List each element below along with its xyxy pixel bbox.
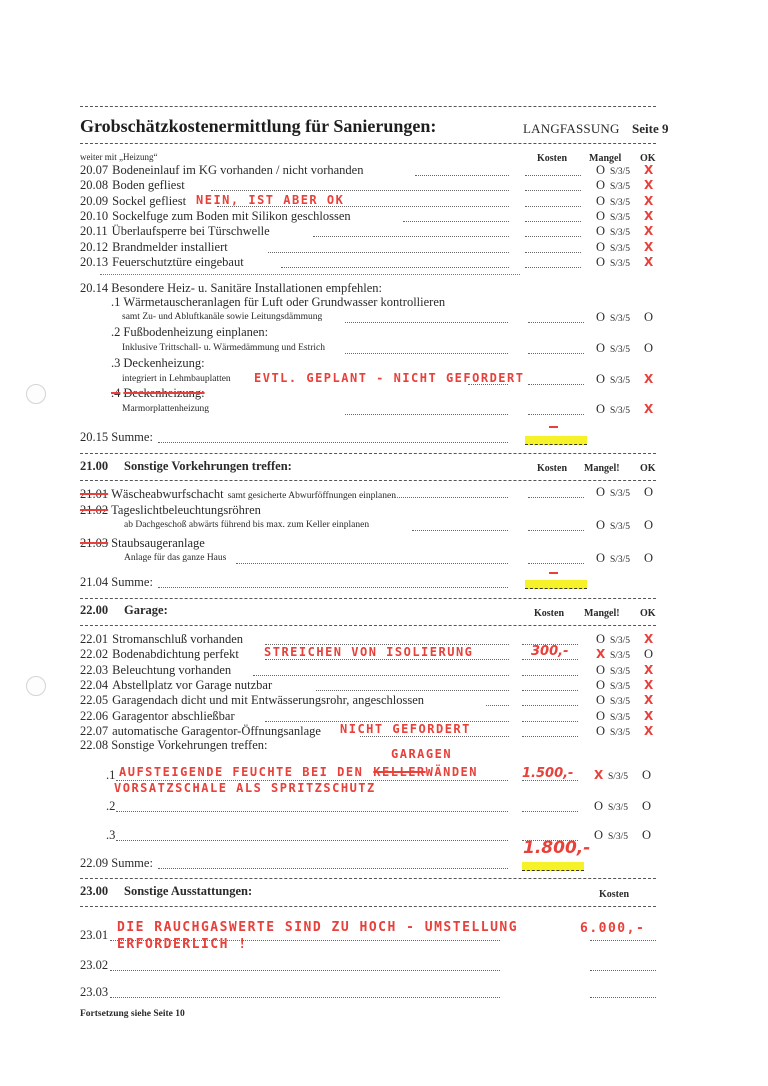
list-item: 21.02Tageslichtbeleuchtungsröhren xyxy=(80,503,261,518)
scale-label: S/3/5 xyxy=(610,697,644,707)
leader-dots xyxy=(316,690,509,691)
mangel-checkbox[interactable]: O xyxy=(596,224,610,239)
mangel-checked-icon[interactable]: X xyxy=(594,768,608,782)
list-item: 20.12Brandmelder installiert xyxy=(80,240,228,255)
note-struck-text: KELLER xyxy=(373,765,425,779)
leader-dots xyxy=(268,252,509,253)
scale-label: S/3/5 xyxy=(610,314,644,324)
sub-detail: samt Zu- und Abluftkanäle sowie Leitungs… xyxy=(122,312,322,322)
list-item: 22.05Garagendach dicht und mit Entwässer… xyxy=(80,693,424,708)
cost-field[interactable] xyxy=(528,322,584,323)
scale-label: S/3/5 xyxy=(608,772,642,782)
rating-marks: OS/3/5X xyxy=(596,224,658,239)
rating-marks: OS/3/5O xyxy=(594,799,656,814)
leader-dots xyxy=(236,563,508,564)
cost-field[interactable] xyxy=(525,236,581,237)
ok-checked-icon[interactable]: X xyxy=(644,402,658,416)
item-number: 20.07 xyxy=(80,163,108,177)
sum-21-04-dash xyxy=(549,572,558,574)
handwritten-note: ERFORDERLICH ! xyxy=(117,937,248,952)
ok-checkbox[interactable]: O xyxy=(642,768,656,783)
item-number: 22.05 xyxy=(80,693,108,707)
col-kosten: Kosten xyxy=(534,608,564,619)
item-number: 20.11 xyxy=(80,224,108,238)
mangel-checkbox[interactable]: O xyxy=(596,372,610,387)
leader-dots xyxy=(345,322,508,323)
item-label: Sockelfuge zum Boden mit Silikon geschlo… xyxy=(112,209,351,223)
item-number: 20.12 xyxy=(80,240,108,254)
rating-marks: OS/3/5O xyxy=(596,551,658,566)
item-number: 22.07 xyxy=(80,724,108,738)
mangel-checkbox[interactable]: O xyxy=(596,724,610,739)
ok-checkbox[interactable]: O xyxy=(644,310,658,325)
item-number: 20.13 xyxy=(80,255,108,269)
item-number: 22.06 xyxy=(80,709,108,723)
sub-item: .3Deckenheizung: xyxy=(111,356,205,371)
divider xyxy=(80,106,656,107)
ok-checked-icon[interactable]: X xyxy=(644,632,658,646)
sub-label: Wärmetauscheranlagen für Luft oder Grund… xyxy=(123,295,445,309)
scale-label: S/3/5 xyxy=(610,406,644,416)
ok-checked-icon[interactable]: X xyxy=(644,178,658,192)
leader-dots xyxy=(281,267,509,268)
item-detail: ab Dachgeschoß abwärts führend bis max. … xyxy=(124,520,369,530)
handwritten-note: STREICHEN VON ISOLIERUNG xyxy=(264,645,473,659)
divider xyxy=(100,274,520,275)
item-number: 23.03 xyxy=(80,985,108,1000)
cost-field[interactable] xyxy=(528,530,584,531)
sub-number: .2 xyxy=(111,325,120,339)
col-kosten: Kosten xyxy=(537,153,567,164)
cost-field[interactable] xyxy=(528,353,584,354)
sub-number: .3 xyxy=(111,356,120,370)
mangel-checkbox[interactable]: O xyxy=(596,310,610,325)
leader-dots xyxy=(110,997,500,998)
item-number: 21.03 xyxy=(80,536,108,550)
item-number: 21.01 xyxy=(80,487,108,501)
item-number: 22.04 xyxy=(80,678,108,692)
variant-label: LANGFASSUNG xyxy=(523,121,620,137)
leader-dots xyxy=(110,970,500,971)
punch-hole-top xyxy=(26,384,46,404)
scale-label: S/3/5 xyxy=(610,259,644,269)
rating-marks: OS/3/5O xyxy=(594,828,656,843)
scale-label: S/3/5 xyxy=(610,228,644,238)
scale-label: S/3/5 xyxy=(610,667,644,677)
leader-dots xyxy=(395,497,508,498)
ok-checked-icon[interactable]: X xyxy=(644,194,658,208)
sub-detail: integriert in Lehmbauplatten xyxy=(122,374,231,384)
col-mangel: Mangel! xyxy=(584,608,620,619)
cost-field[interactable] xyxy=(525,252,581,253)
list-item: 22.01Stromanschluß vorhanden xyxy=(80,632,243,647)
scale-label: S/3/5 xyxy=(610,345,644,355)
handwritten-insert: GARAGEN xyxy=(391,747,452,761)
rating-marks: XS/3/5O xyxy=(596,647,658,662)
list-item: 22.04Abstellplatz vor Garage nutzbar xyxy=(80,678,272,693)
rating-marks: OS/3/5X xyxy=(596,663,658,678)
rating-marks: OS/3/5X xyxy=(596,255,658,270)
leader-dots xyxy=(217,206,509,207)
sub-detail: Marmorplattenheizung xyxy=(122,404,209,414)
section-21-title: Sonstige Vorkehrungen treffen: xyxy=(124,459,292,474)
handwritten-note: NICHT GEFORDERT xyxy=(340,722,471,736)
divider xyxy=(80,453,656,454)
ok-checkbox[interactable]: O xyxy=(644,551,658,566)
item-label: Überlaufsperre bei Türschwelle xyxy=(112,224,270,238)
note-text: WÄNDEN xyxy=(426,765,478,779)
sub-item: .1Wärmetauscheranlagen für Luft oder Gru… xyxy=(111,295,445,310)
col-ok: OK xyxy=(640,608,656,619)
scale-label: S/3/5 xyxy=(610,682,644,692)
item-label: Staubsaugeranlage xyxy=(111,536,205,550)
rating-marks: OS/3/5X xyxy=(596,678,658,693)
cost-field[interactable] xyxy=(525,190,581,191)
ok-checked-icon[interactable]: X xyxy=(644,678,658,692)
handwritten-note: DIE RAUCHGASWERTE SIND ZU HOCH - UMSTELL… xyxy=(117,920,518,935)
mangel-checkbox[interactable]: O xyxy=(594,799,608,814)
leader-dots xyxy=(412,530,508,531)
leader-dots xyxy=(158,868,508,869)
mangel-checkbox[interactable]: O xyxy=(596,709,610,724)
cost-value: 1.500,- xyxy=(522,766,573,781)
rating-marks: OS/3/5X xyxy=(596,402,658,417)
ok-checked-icon[interactable]: X xyxy=(644,240,658,254)
sum-22-09-value: 1.800,- xyxy=(523,838,590,858)
leader-dots xyxy=(313,236,509,237)
divider xyxy=(80,598,656,599)
sub-label: Deckenheizung: xyxy=(123,356,204,370)
list-item: 20.10Sockelfuge zum Boden mit Silikon ge… xyxy=(80,209,351,224)
sum-21-04-label: 21.04 Summe: xyxy=(80,575,153,590)
page-title: Grobschätzkostenermittlung für Sanierung… xyxy=(80,116,436,137)
cost-field[interactable] xyxy=(525,175,581,176)
rating-marks: OS/3/5X xyxy=(596,163,658,178)
cost-value: 300,- xyxy=(531,644,568,659)
leader-dots xyxy=(345,414,508,415)
cost-field[interactable] xyxy=(522,811,578,812)
mangel-checkbox[interactable]: O xyxy=(596,255,610,270)
section-23-title: Sonstige Ausstattungen: xyxy=(124,884,252,899)
rating-marks: XS/3/5O xyxy=(594,768,656,783)
leader-dots xyxy=(486,705,509,706)
ok-checked-icon[interactable]: X xyxy=(644,209,658,223)
rating-marks: OS/3/5X xyxy=(596,632,658,647)
item-label: Feuerschutztüre eingebaut xyxy=(112,255,244,269)
col-ok: OK xyxy=(640,463,656,474)
item-label: Abstellplatz vor Garage nutzbar xyxy=(112,678,272,692)
mangel-checkbox[interactable]: O xyxy=(596,163,610,178)
leader-dots xyxy=(403,221,509,222)
ok-checked-icon[interactable]: X xyxy=(644,255,658,269)
scale-label: S/3/5 xyxy=(610,244,644,254)
item-label: Stromanschluß vorhanden xyxy=(112,632,243,646)
ok-checkbox[interactable]: O xyxy=(644,341,658,356)
list-item: 22.02Bodenabdichtung perfekt xyxy=(80,647,239,662)
scale-label: S/3/5 xyxy=(610,489,644,499)
sub-item: .4Deckenheizung: xyxy=(111,386,205,401)
handwritten-note: VORSATZSCHALE ALS SPRITZSCHUTZ xyxy=(114,781,376,795)
item-number: 20.10 xyxy=(80,209,108,223)
ok-checkbox[interactable]: O xyxy=(642,799,656,814)
sum-21-04-field[interactable] xyxy=(525,580,587,589)
rating-marks: OS/3/5X xyxy=(596,209,658,224)
col-mangel: Mangel! xyxy=(584,463,620,474)
sub-label: Fußbodenheizung einplanen: xyxy=(123,325,268,339)
ok-checkbox[interactable]: O xyxy=(644,647,658,662)
list-item: 21.01Wäscheabwurfschachtsamt gesicherte … xyxy=(80,487,396,502)
section-22-title: Garage: xyxy=(124,603,168,618)
scale-label: S/3/5 xyxy=(610,376,644,386)
mangel-checkbox[interactable]: O xyxy=(594,828,608,843)
leader-dots xyxy=(415,175,509,176)
cost-field[interactable] xyxy=(522,705,578,706)
rating-marks: OS/3/5X xyxy=(596,372,658,387)
leader-dots xyxy=(211,190,509,191)
item-label: Tageslichtbeleuchtungsröhren xyxy=(111,503,261,517)
leader-dots xyxy=(158,442,508,443)
footer-note: Fortsetzung siehe Seite 10 xyxy=(80,1009,185,1019)
mangel-checked-icon[interactable]: X xyxy=(596,647,610,661)
cost-field[interactable] xyxy=(522,675,578,676)
divider xyxy=(80,143,656,144)
mangel-checkbox[interactable]: O xyxy=(596,678,610,693)
list-item: 20.11Überlaufsperre bei Türschwelle xyxy=(80,224,270,239)
section-23-number: 23.00 xyxy=(80,884,108,899)
rating-marks: OS/3/5X xyxy=(596,709,658,724)
item-label: Garagendach dicht und mit Entwässerungsr… xyxy=(112,693,424,707)
ok-checked-icon[interactable]: X xyxy=(644,663,658,677)
cost-field[interactable] xyxy=(522,736,578,737)
mangel-checkbox[interactable]: O xyxy=(596,209,610,224)
item-number: 22.01 xyxy=(80,632,108,646)
cost-field[interactable] xyxy=(590,940,656,941)
sub-number: .4 xyxy=(111,386,120,400)
mangel-checkbox[interactable]: O xyxy=(596,663,610,678)
leader-dots xyxy=(265,659,509,660)
sub-detail: Inklusive Trittschall- u. Wärmedämmung u… xyxy=(122,343,325,353)
cost-field[interactable] xyxy=(525,221,581,222)
item-number: 23.02 xyxy=(80,958,108,973)
handwritten-note: AUFSTEIGENDE FEUCHTE BEI DENKELLERWÄNDEN xyxy=(119,765,478,779)
item-detail: samt gesicherte Abwurföffnungen einplane… xyxy=(228,491,396,501)
item-20-14: 20.14 Besondere Heiz- u. Sanitäre Instal… xyxy=(80,281,382,296)
list-item: 20.07Bodeneinlauf im KG vorhanden / nich… xyxy=(80,163,363,178)
item-label: Bodenabdichtung perfekt xyxy=(112,647,239,661)
scale-label: S/3/5 xyxy=(608,803,642,813)
item-number: 22.02 xyxy=(80,647,108,661)
cost-field[interactable] xyxy=(528,414,584,415)
item-22-08: 22.08 Sonstige Vorkehrungen treffen: xyxy=(80,738,267,753)
note-text: AUFSTEIGENDE FEUCHTE BEI DEN xyxy=(119,765,363,779)
list-item: 22.03Beleuchtung vorhanden xyxy=(80,663,231,678)
sum-20-15-field[interactable] xyxy=(525,436,587,445)
sub-label: Deckenheizung: xyxy=(123,386,204,400)
cost-field[interactable] xyxy=(525,267,581,268)
item-number: 22.03 xyxy=(80,663,108,677)
cost-field[interactable] xyxy=(528,563,584,564)
scale-label: S/3/5 xyxy=(610,713,644,723)
cost-field[interactable] xyxy=(522,721,578,722)
item-number: 20.08 xyxy=(80,178,108,192)
handwritten-note: EVTL. GEPLANT - NICHT GEFORDERT xyxy=(254,371,524,385)
cost-field[interactable] xyxy=(528,384,584,385)
list-item: 20.09Sockel gefliest xyxy=(80,194,186,209)
rating-marks: OS/3/5O xyxy=(596,341,658,356)
rating-marks: OS/3/5X xyxy=(596,178,658,193)
list-item: 22.07automatische Garagentor-Öffnungsanl… xyxy=(80,724,321,739)
leader-dots xyxy=(253,675,509,676)
scale-label: S/3/5 xyxy=(610,213,644,223)
ok-checked-icon[interactable]: X xyxy=(644,224,658,238)
leader-dots xyxy=(345,353,508,354)
leader-dots xyxy=(360,736,509,737)
cost-field[interactable] xyxy=(590,970,656,971)
sum-22-09-field[interactable] xyxy=(522,862,584,871)
col-kosten: Kosten xyxy=(537,463,567,474)
leader-dots xyxy=(158,587,508,588)
cost-field[interactable] xyxy=(522,690,578,691)
rating-marks: OS/3/5X xyxy=(596,240,658,255)
continued-note: weiter mit „Heizung“ xyxy=(80,152,157,162)
item-label: Beleuchtung vorhanden xyxy=(112,663,231,677)
scale-label: S/3/5 xyxy=(608,832,642,842)
divider xyxy=(80,480,656,481)
list-item: 20.13Feuerschutztüre eingebaut xyxy=(80,255,244,270)
page-number: Seite 9 xyxy=(632,121,668,137)
item-number: 23.01 xyxy=(80,928,108,943)
rating-marks: OS/3/5O xyxy=(596,310,658,325)
sub-number: .2 xyxy=(106,799,115,814)
scale-label: S/3/5 xyxy=(610,522,644,532)
mangel-checkbox[interactable]: O xyxy=(596,341,610,356)
punch-hole-bottom xyxy=(26,676,46,696)
ok-checkbox[interactable]: O xyxy=(644,518,658,533)
list-item: 20.08Boden gefliest xyxy=(80,178,185,193)
document-page: Grobschätzkostenermittlung für Sanierung… xyxy=(0,0,768,1086)
divider xyxy=(80,878,656,879)
rating-marks: OS/3/5O xyxy=(596,518,658,533)
ok-checked-icon[interactable]: X xyxy=(644,163,658,177)
item-label: Bodeneinlauf im KG vorhanden / nicht vor… xyxy=(112,163,363,177)
section-21-number: 21.00 xyxy=(80,459,108,474)
rating-marks: OS/3/5X xyxy=(596,693,658,708)
mangel-checkbox[interactable]: O xyxy=(596,693,610,708)
scale-label: S/3/5 xyxy=(610,167,644,177)
item-label: Brandmelder installiert xyxy=(112,240,228,254)
ok-checked-icon[interactable]: X xyxy=(644,724,658,738)
sum-22-09-label: 22.09 Summe: xyxy=(80,856,153,871)
leader-dots xyxy=(116,811,508,812)
divider xyxy=(80,906,656,907)
section-22-number: 22.00 xyxy=(80,603,108,618)
sub-number: .1 xyxy=(111,295,120,309)
mangel-checkbox[interactable]: O xyxy=(596,240,610,255)
ok-checked-icon[interactable]: X xyxy=(644,693,658,707)
cost-field[interactable] xyxy=(522,659,578,660)
mangel-checkbox[interactable]: O xyxy=(596,194,610,209)
item-label: Sockel gefliest xyxy=(112,194,186,208)
ok-checkbox[interactable]: O xyxy=(642,828,656,843)
cost-field[interactable] xyxy=(528,497,584,498)
sub-number: .3 xyxy=(106,828,115,843)
item-number: 20.09 xyxy=(80,194,108,208)
ok-checkbox[interactable]: O xyxy=(644,485,658,500)
scale-label: S/3/5 xyxy=(610,728,644,738)
mangel-checkbox[interactable]: O xyxy=(596,402,610,417)
cost-field[interactable] xyxy=(590,997,656,998)
scale-label: S/3/5 xyxy=(610,555,644,565)
mangel-checkbox[interactable]: O xyxy=(596,551,610,566)
sub-item: .2Fußbodenheizung einplanen: xyxy=(111,325,268,340)
list-item: 21.03Staubsaugeranlage xyxy=(80,536,205,551)
ok-checked-icon[interactable]: X xyxy=(644,709,658,723)
mangel-checkbox[interactable]: O xyxy=(596,632,610,647)
leader-dots xyxy=(468,384,508,385)
leader-dots xyxy=(116,840,508,841)
item-label: automatische Garagentor-Öffnungsanlage xyxy=(112,724,321,738)
scale-label: S/3/5 xyxy=(610,198,644,208)
rating-marks: OS/3/5X xyxy=(596,724,658,739)
cost-field[interactable] xyxy=(525,206,581,207)
sum-20-15-dash xyxy=(549,426,558,428)
cost-value: 6.000,- xyxy=(580,921,645,936)
rating-marks: OS/3/5X xyxy=(596,194,658,209)
ok-checked-icon[interactable]: X xyxy=(644,372,658,386)
list-item: 22.06Garagentor abschließbar xyxy=(80,709,235,724)
mangel-checkbox[interactable]: O xyxy=(596,178,610,193)
sum-20-15-label: 20.15 Summe: xyxy=(80,430,153,445)
item-label: Boden gefliest xyxy=(112,178,185,192)
item-label: Garagentor abschließbar xyxy=(112,709,235,723)
col-kosten: Kosten xyxy=(599,889,629,900)
scale-label: S/3/5 xyxy=(610,651,644,661)
item-number: 21.02 xyxy=(80,503,108,517)
mangel-checkbox[interactable]: O xyxy=(596,518,610,533)
divider xyxy=(80,625,656,626)
scale-label: S/3/5 xyxy=(610,182,644,192)
item-detail: Anlage für das ganze Haus xyxy=(124,553,226,563)
scale-label: S/3/5 xyxy=(610,636,644,646)
item-label: Wäscheabwurfschacht xyxy=(111,487,223,501)
handwritten-note: NEIN, IST ABER OK xyxy=(196,193,344,207)
rating-marks: OS/3/5O xyxy=(596,485,658,500)
mangel-checkbox[interactable]: O xyxy=(596,485,610,500)
